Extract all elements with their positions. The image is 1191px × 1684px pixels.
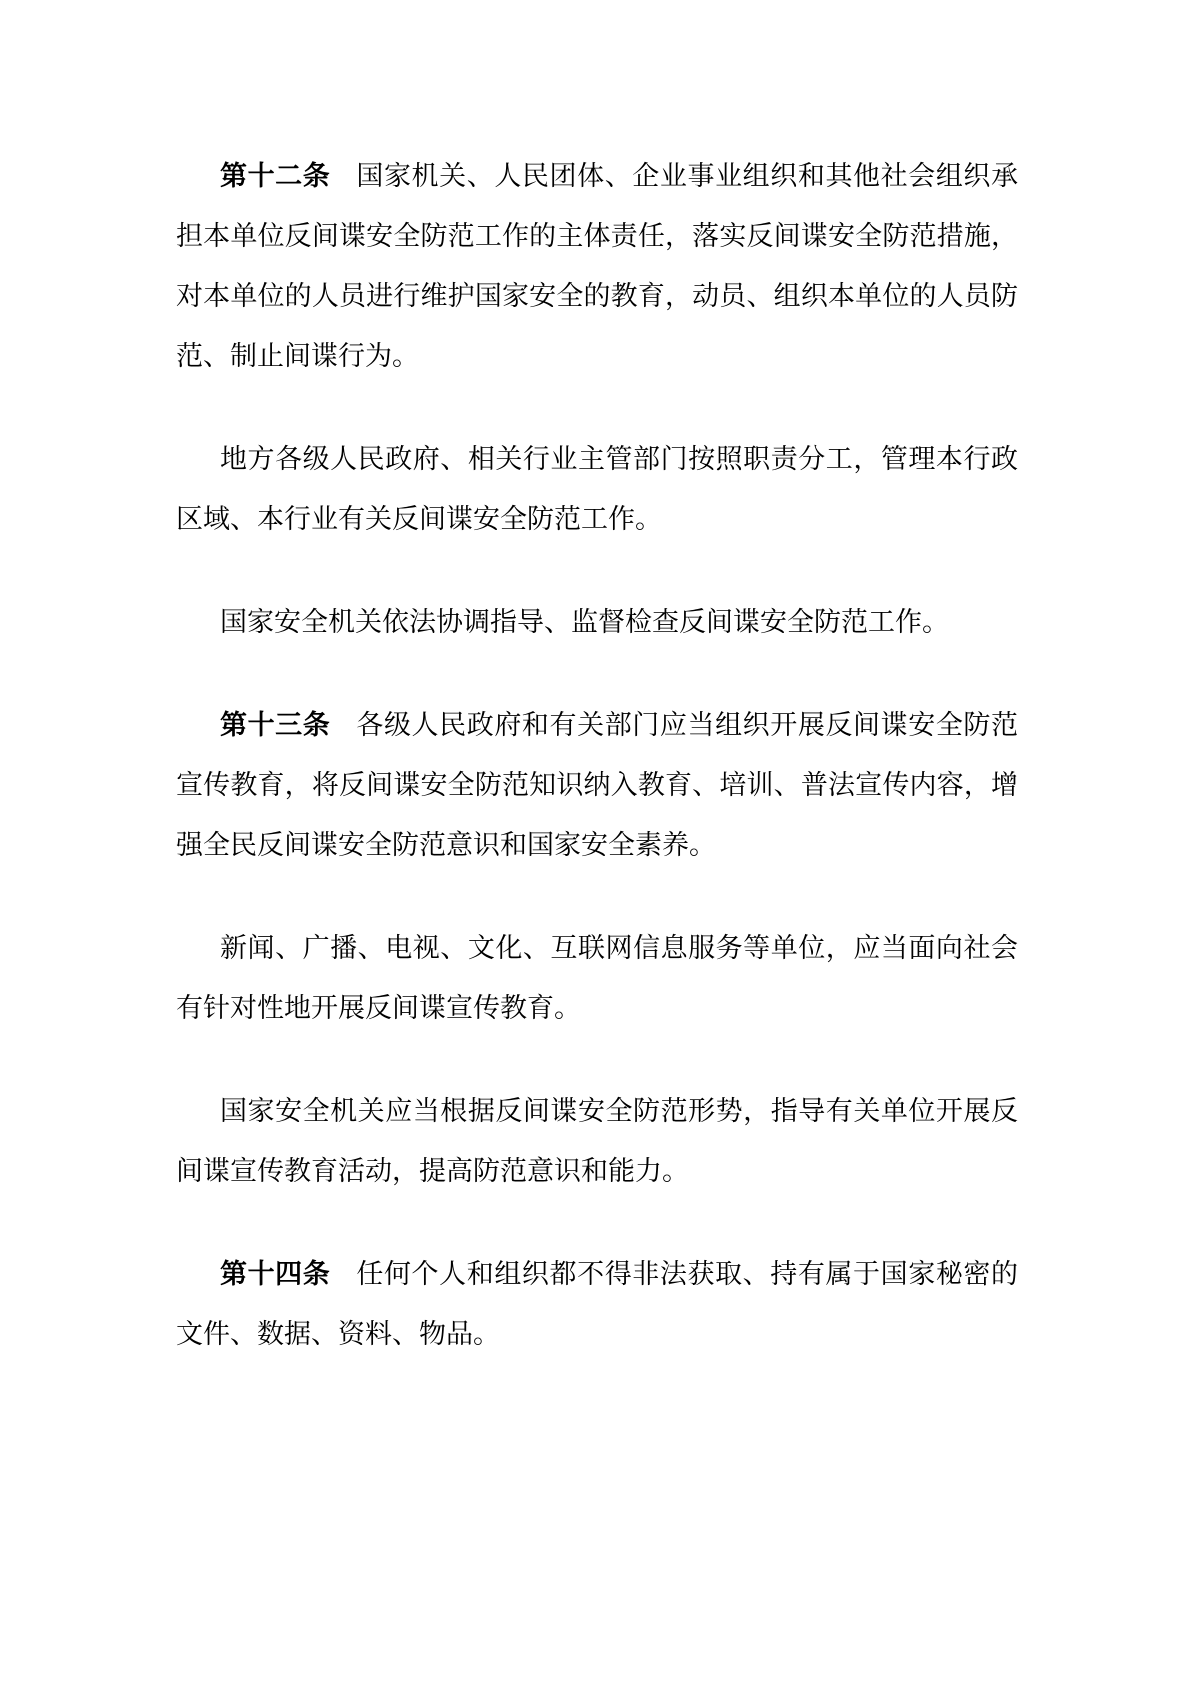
body-paragraph: 新闻、广播、电视、文化、互联网信息服务等单位，应当面向社会有针对性地开展反间谍宣… — [176, 918, 1018, 1038]
document-page: 第十二条国家机关、人民团体、企业事业组织和其他社会组织承担本单位反间谍安全防范工… — [0, 0, 1191, 1684]
line-text: 范、制止间谍行为。 — [176, 341, 419, 371]
text-line: 间谍宣传教育活动，提高防范意识和能力。 — [176, 1141, 1018, 1201]
text-line: 国家安全机关应当根据反间谍安全防范形势，指导有关单位开展反 — [176, 1081, 1018, 1141]
line-text: 地方各级人民政府、相关行业主管部门按照职责分工，管理本行政 — [220, 444, 1018, 474]
body-paragraph: 地方各级人民政府、相关行业主管部门按照职责分工，管理本行政区域、本行业有关反间谍… — [176, 429, 1018, 549]
text-line: 新闻、广播、电视、文化、互联网信息服务等单位，应当面向社会 — [176, 918, 1018, 978]
line-text: 宣传教育，将反间谍安全防范知识纳入教育、培训、普法宣传内容，增 — [176, 770, 1018, 800]
article-paragraph: 第十二条国家机关、人民团体、企业事业组织和其他社会组织承担本单位反间谍安全防范工… — [176, 146, 1018, 386]
text-line: 第十二条国家机关、人民团体、企业事业组织和其他社会组织承 — [176, 146, 1018, 206]
text-line: 宣传教育，将反间谍安全防范知识纳入教育、培训、普法宣传内容，增 — [176, 755, 1018, 815]
article-paragraph: 第十三条各级人民政府和有关部门应当组织开展反间谍安全防范宣传教育，将反间谍安全防… — [176, 695, 1018, 875]
body-paragraph: 国家安全机关依法协调指导、监督检查反间谍安全防范工作。 — [176, 592, 1018, 652]
text-line: 范、制止间谍行为。 — [176, 326, 1018, 386]
line-text: 强全民反间谍安全防范意识和国家安全素养。 — [176, 830, 716, 860]
line-text: 国家安全机关依法协调指导、监督检查反间谍安全防范工作。 — [220, 607, 949, 637]
line-text: 区域、本行业有关反间谍安全防范工作。 — [176, 504, 662, 534]
line-text: 有针对性地开展反间谍宣传教育。 — [176, 993, 581, 1023]
line-text: 新闻、广播、电视、文化、互联网信息服务等单位，应当面向社会 — [220, 933, 1018, 963]
text-line: 国家安全机关依法协调指导、监督检查反间谍安全防范工作。 — [176, 592, 1018, 652]
body-paragraph: 国家安全机关应当根据反间谍安全防范形势，指导有关单位开展反间谍宣传教育活动，提高… — [176, 1081, 1018, 1201]
text-line: 地方各级人民政府、相关行业主管部门按照职责分工，管理本行政 — [176, 429, 1018, 489]
text-line: 担本单位反间谍安全防范工作的主体责任，落实反间谍安全防范措施， — [176, 206, 1018, 266]
document-body: 第十二条国家机关、人民团体、企业事业组织和其他社会组织承担本单位反间谍安全防范工… — [176, 146, 1018, 1364]
article-number-label: 第十三条 — [220, 710, 330, 740]
line-text: 担本单位反间谍安全防范工作的主体责任，落实反间谍安全防范措施， — [176, 221, 1018, 251]
text-line: 文件、数据、资料、物品。 — [176, 1304, 1018, 1364]
line-text: 国家机关、人民团体、企业事业组织和其他社会组织承 — [356, 161, 1018, 191]
line-text: 对本单位的人员进行维护国家安全的教育，动员、组织本单位的人员防 — [176, 281, 1018, 311]
line-text: 任何个人和组织都不得非法获取、持有属于国家秘密的 — [356, 1259, 1018, 1289]
text-line: 强全民反间谍安全防范意识和国家安全素养。 — [176, 815, 1018, 875]
article-number-label: 第十二条 — [220, 161, 330, 191]
article-number-label: 第十四条 — [220, 1259, 330, 1289]
line-text: 间谍宣传教育活动，提高防范意识和能力。 — [176, 1156, 689, 1186]
line-text: 各级人民政府和有关部门应当组织开展反间谍安全防范 — [356, 710, 1018, 740]
text-line: 区域、本行业有关反间谍安全防范工作。 — [176, 489, 1018, 549]
text-line: 对本单位的人员进行维护国家安全的教育，动员、组织本单位的人员防 — [176, 266, 1018, 326]
text-line: 第十四条任何个人和组织都不得非法获取、持有属于国家秘密的 — [176, 1244, 1018, 1304]
text-line: 第十三条各级人民政府和有关部门应当组织开展反间谍安全防范 — [176, 695, 1018, 755]
line-text: 文件、数据、资料、物品。 — [176, 1319, 500, 1349]
text-line: 有针对性地开展反间谍宣传教育。 — [176, 978, 1018, 1038]
article-paragraph: 第十四条任何个人和组织都不得非法获取、持有属于国家秘密的文件、数据、资料、物品。 — [176, 1244, 1018, 1364]
line-text: 国家安全机关应当根据反间谍安全防范形势，指导有关单位开展反 — [220, 1096, 1018, 1126]
